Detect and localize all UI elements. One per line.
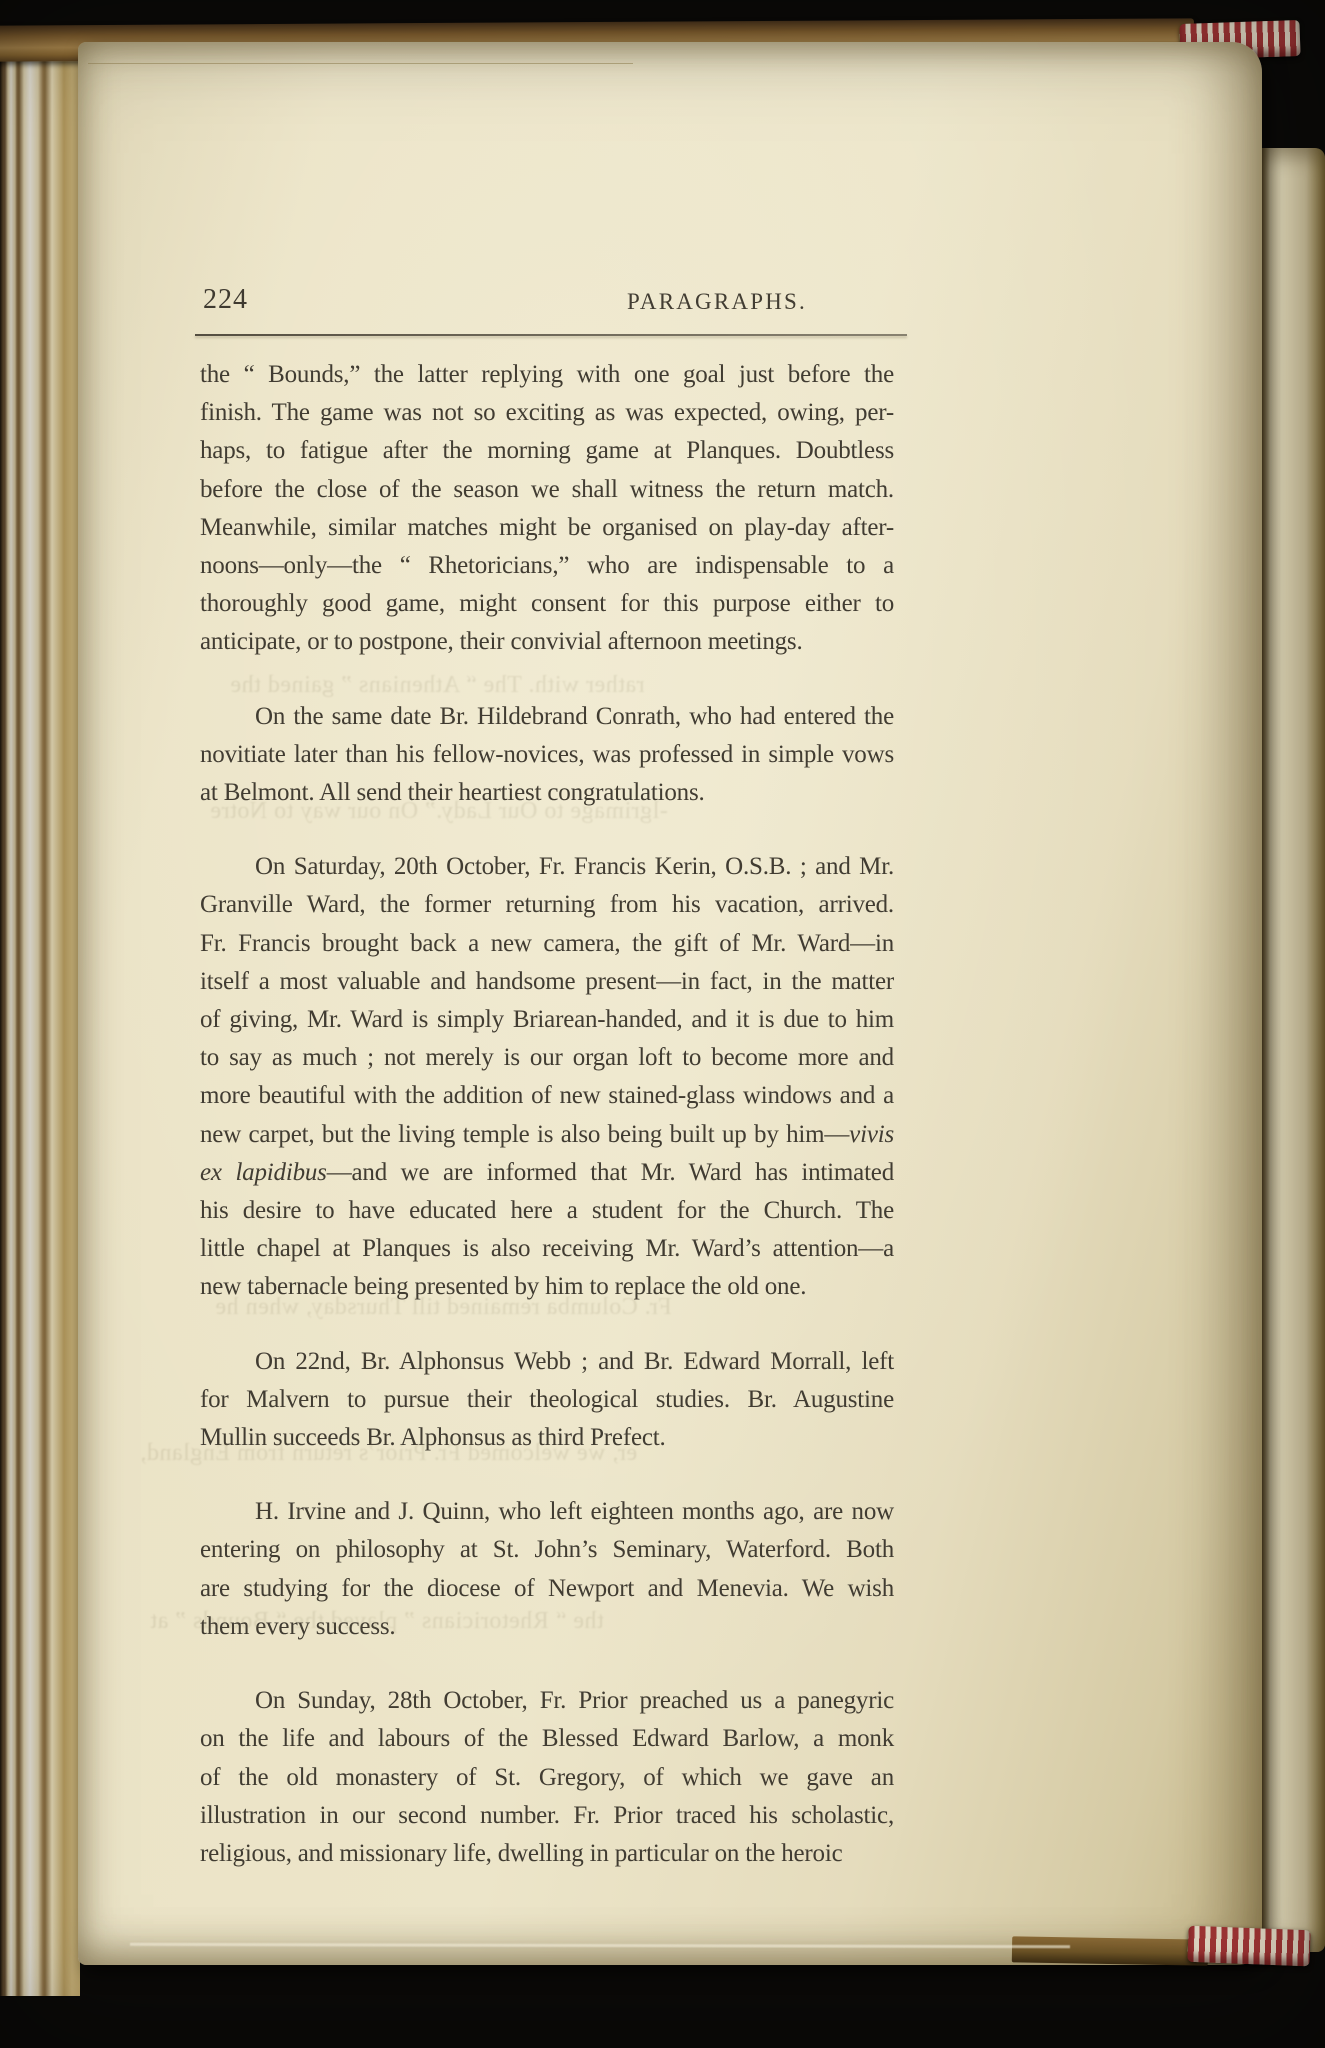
showthrough-text: rather with. The “ Athenians ” gained th… (230, 672, 645, 699)
paragraph: On Sunday, 28th October, Fr. Prior preac… (200, 1682, 894, 1873)
text-line: anticipate, or to postpone, their conviv… (200, 623, 894, 661)
text-line: On the same date Br. Hildebrand Conrath,… (200, 698, 894, 736)
text-line: H. Irvine and J. Quinn, who left eightee… (200, 1493, 894, 1531)
text-line: the “ Bounds,” the latter replying with … (200, 356, 894, 394)
running-head: PARAGRAPHS. (627, 289, 807, 315)
text-line: new carpet, but the living temple is als… (200, 1116, 894, 1154)
text-line: Granville Ward, the former returning fro… (200, 886, 894, 924)
text-line: on the life and labours of the Blessed E… (200, 1720, 894, 1758)
text-line: entering on philosophy at St. John’s Sem… (200, 1531, 894, 1569)
text-line: noons—only—the “ Rhetoricians,” who are … (200, 547, 894, 585)
headband-bottom (1187, 1926, 1310, 1967)
page-number: 224 (203, 284, 248, 316)
text-line: On Sunday, 28th October, Fr. Prior preac… (200, 1682, 894, 1720)
text-line: Fr. Francis brought back a new camera, t… (200, 925, 894, 963)
paragraph: the “ Bounds,” the latter replying with … (200, 356, 894, 662)
page-body: the “ Bounds,” the latter replying with … (200, 356, 894, 1873)
text-line: religious, and missionary life, dwelling… (200, 1835, 894, 1873)
text-line: illustration in our second number. Fr. P… (200, 1797, 894, 1835)
text-line: novitiate later than his fellow-novices,… (200, 736, 894, 774)
header-rule (195, 334, 907, 336)
paragraph: On the same date Br. Hildebrand Conrath,… (200, 698, 894, 813)
underlying-page-edge-line (88, 63, 633, 64)
text-line: On 22nd, Br. Alphonsus Webb ; and Br. Ed… (200, 1343, 894, 1381)
book-cover-bottom-edge (1012, 1936, 1208, 1965)
text-line: On Saturday, 20th October, Fr. Francis K… (200, 848, 894, 886)
next-page-edge (1260, 148, 1325, 1952)
text-line: of the old monastery of St. Gregory, of … (200, 1759, 894, 1797)
page-edges-stack (0, 44, 80, 1996)
text-line: thoroughly good game, might consent for … (200, 585, 894, 623)
paragraph: On Saturday, 20th October, Fr. Francis K… (200, 848, 894, 1306)
text-line: itself a most valuable and handsome pres… (200, 963, 894, 1001)
text-line: finish. The game was not so exciting as … (200, 394, 894, 432)
text-line: for Malvern to pursue their theological … (200, 1381, 894, 1419)
book-photo: 224 PARAGRAPHS. the “ Bounds,” the latte… (0, 0, 1325, 2048)
text-line: more beautiful with the addition of new … (200, 1077, 894, 1115)
showthrough-text: Fr. Columba remained till Thursday, when… (215, 1294, 672, 1321)
showthrough-text: -lgrimage to Our Lady.” On our way to No… (210, 798, 668, 825)
text-line: his desire to have educated here a stude… (200, 1192, 894, 1230)
text-line: Meanwhile, similar matches might be orga… (200, 509, 894, 547)
showthrough-text: the “ Rhetoricians ” played the “ Bounds… (150, 1608, 604, 1635)
text-line: little chapel at Planques is also receiv… (200, 1230, 894, 1268)
text-line: before the close of the season we shall … (200, 471, 894, 509)
text-line: to say as much ; not merely is our organ… (200, 1039, 894, 1077)
text-line: are studying for the diocese of Newport … (200, 1570, 894, 1608)
text-line: haps, to fatigue after the morning game … (200, 432, 894, 470)
showthrough-text: er, we welcomed Fr. Prior’s return from … (140, 1440, 637, 1467)
text-line: of giving, Mr. Ward is simply Briarean-h… (200, 1001, 894, 1039)
text-line: ex lapidibus—and we are informed that Mr… (200, 1154, 894, 1192)
book-page: 224 PARAGRAPHS. the “ Bounds,” the latte… (78, 42, 1262, 1965)
